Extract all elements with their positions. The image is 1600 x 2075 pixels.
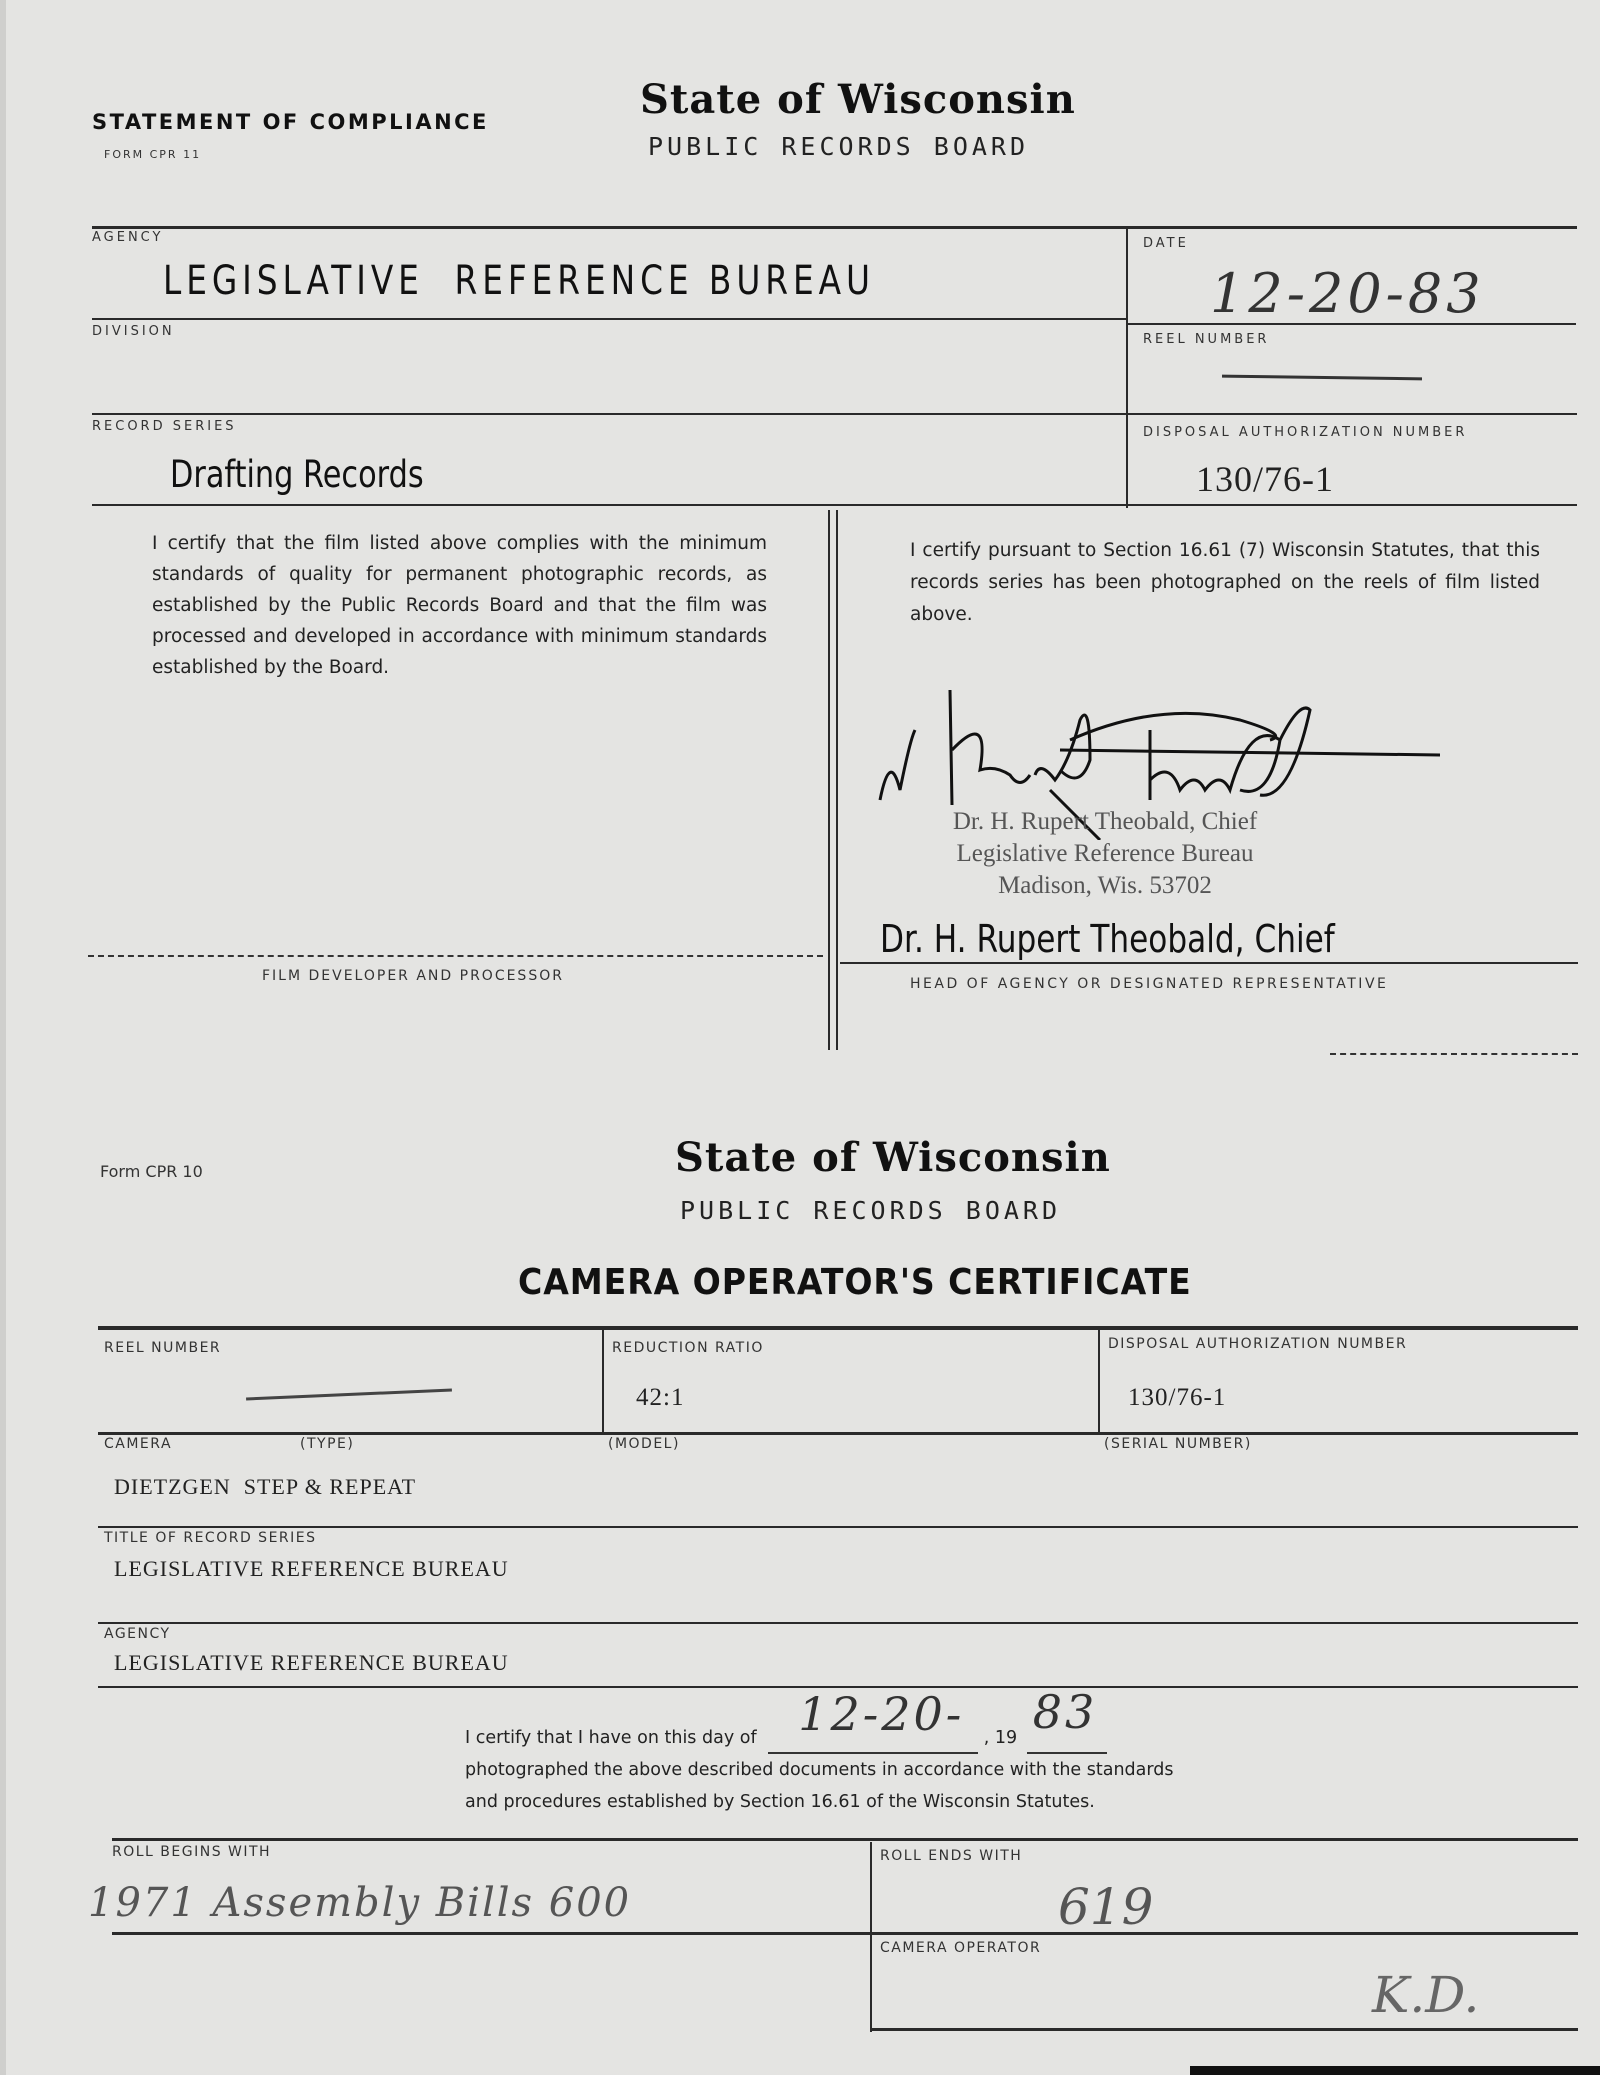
- divider: [98, 1526, 1578, 1528]
- divider: [870, 1842, 872, 2032]
- developer-signature-caption: FILM DEVELOPER AND PROCESSOR: [262, 968, 564, 984]
- title-series-label: TITLE OF RECORD SERIES: [104, 1530, 317, 1546]
- divider: [92, 413, 1577, 415]
- camera-agency-value[interactable]: LEGISLATIVE REFERENCE BUREAU: [114, 1650, 509, 1676]
- divider: [98, 1326, 1578, 1330]
- divider: [1126, 226, 1128, 508]
- camera-disposal-value[interactable]: 130/76-1: [1128, 1384, 1226, 1412]
- compliance-header-state: State of Wisconsin: [640, 76, 1076, 123]
- divider: [1126, 323, 1576, 325]
- reduction-ratio-label: REDUCTION RATIO: [612, 1340, 764, 1356]
- developer-certification-text: I certify that the film listed above com…: [152, 528, 767, 683]
- divider: [870, 2028, 1578, 2031]
- stamp-line: Madison, Wis. 53702: [875, 870, 1335, 902]
- record-series-label: RECORD SERIES: [92, 419, 237, 434]
- date-label: DATE: [1143, 236, 1189, 251]
- camera-disposal-label: DISPOSAL AUTHORIZATION NUMBER: [1108, 1336, 1407, 1352]
- representative-signature-line[interactable]: [840, 962, 1578, 964]
- scan-edge: [1190, 2066, 1600, 2075]
- camera-agency-label: AGENCY: [104, 1626, 171, 1642]
- reel-number-label: REEL NUMBER: [1143, 332, 1269, 347]
- camera-reel-number-label: REEL NUMBER: [104, 1340, 221, 1356]
- roll-begins-value[interactable]: 1971 Assembly Bills 600: [88, 1880, 631, 1926]
- roll-ends-value[interactable]: 619: [1058, 1878, 1153, 1936]
- stamp-line: Dr. H. Rupert Theobald, Chief: [875, 806, 1335, 838]
- camera-reel-number-dash: [246, 1389, 452, 1401]
- representative-name[interactable]: Dr. H. Rupert Theobald, Chief: [880, 917, 1335, 961]
- divider: [112, 1932, 1578, 1935]
- camera-value[interactable]: DIETZGEN STEP & REPEAT: [114, 1474, 416, 1500]
- stamp-line: Legislative Reference Bureau: [875, 838, 1335, 870]
- scan-edge: [0, 0, 6, 2075]
- certify-day-value: 12-20-: [798, 1698, 964, 1730]
- divider: [92, 504, 1577, 506]
- divider: [602, 1330, 604, 1432]
- roll-begins-label: ROLL BEGINS WITH: [112, 1844, 271, 1860]
- divider: [1330, 1053, 1578, 1055]
- camera-header-state: State of Wisconsin: [675, 1134, 1111, 1181]
- certify-line-2: photographed the above described documen…: [465, 1754, 1325, 1786]
- camera-type-label: (TYPE): [300, 1436, 354, 1452]
- camera-operator-label: CAMERA OPERATOR: [880, 1940, 1041, 1956]
- roll-ends-label: ROLL ENDS WITH: [880, 1848, 1022, 1864]
- camera-serial-label: (SERIAL NUMBER): [1104, 1436, 1252, 1452]
- camera-certification: I certify that I have on this day of 12-…: [465, 1722, 1325, 1818]
- divider: [92, 226, 1577, 229]
- divider: [828, 510, 830, 1050]
- compliance-form-number: FORM CPR 11: [104, 148, 201, 161]
- representative-signature-caption: HEAD OF AGENCY OR DESIGNATED REPRESENTAT…: [910, 976, 1388, 992]
- compliance-header-board: PUBLIC RECORDS BOARD: [648, 132, 1029, 161]
- agency-value[interactable]: LEGISLATIVE REFERENCE BUREAU: [163, 258, 875, 304]
- divider: [98, 1622, 1578, 1624]
- compliance-title: STATEMENT OF COMPLIANCE: [92, 110, 489, 134]
- certify-year-field[interactable]: 83: [1027, 1726, 1107, 1754]
- agency-certification-text: I certify pursuant to Section 16.61 (7) …: [910, 535, 1540, 631]
- record-series-value[interactable]: Drafting Records: [170, 453, 424, 496]
- developer-signature-line[interactable]: [88, 955, 823, 957]
- divider: [92, 318, 1126, 320]
- camera-form-title: CAMERA OPERATOR'S CERTIFICATE: [518, 1262, 1192, 1303]
- title-series-value[interactable]: LEGISLATIVE REFERENCE BUREAU: [114, 1556, 509, 1582]
- camera-operator-value[interactable]: K.D.: [1372, 1966, 1479, 2024]
- disposal-label: DISPOSAL AUTHORIZATION NUMBER: [1143, 425, 1583, 440]
- certify-year-value: 83: [1033, 1696, 1098, 1728]
- date-value[interactable]: 12-20-83: [1210, 262, 1485, 325]
- agency-label: AGENCY: [92, 230, 163, 245]
- agency-stamp: Dr. H. Rupert Theobald, Chief Legislativ…: [875, 806, 1335, 902]
- disposal-value[interactable]: 130/76-1: [1196, 458, 1334, 500]
- divider: [1098, 1330, 1100, 1432]
- certify-day-field[interactable]: 12-20-: [768, 1726, 978, 1754]
- camera-label: CAMERA: [104, 1436, 172, 1452]
- divider: [98, 1432, 1578, 1435]
- certify-line-3: and procedures established by Section 16…: [465, 1786, 1325, 1818]
- division-label: DIVISION: [92, 324, 175, 339]
- camera-header-board: PUBLIC RECORDS BOARD: [680, 1196, 1061, 1225]
- reduction-ratio-value[interactable]: 42:1: [636, 1384, 684, 1412]
- certify-year-prefix: , 19: [984, 1728, 1017, 1748]
- certify-prefix: I certify that I have on this day of: [465, 1728, 757, 1748]
- reel-number-dash: [1222, 375, 1422, 381]
- camera-model-label: (MODEL): [608, 1436, 680, 1452]
- divider: [112, 1838, 1578, 1841]
- divider: [836, 510, 838, 1050]
- camera-form-number: Form CPR 10: [100, 1162, 203, 1181]
